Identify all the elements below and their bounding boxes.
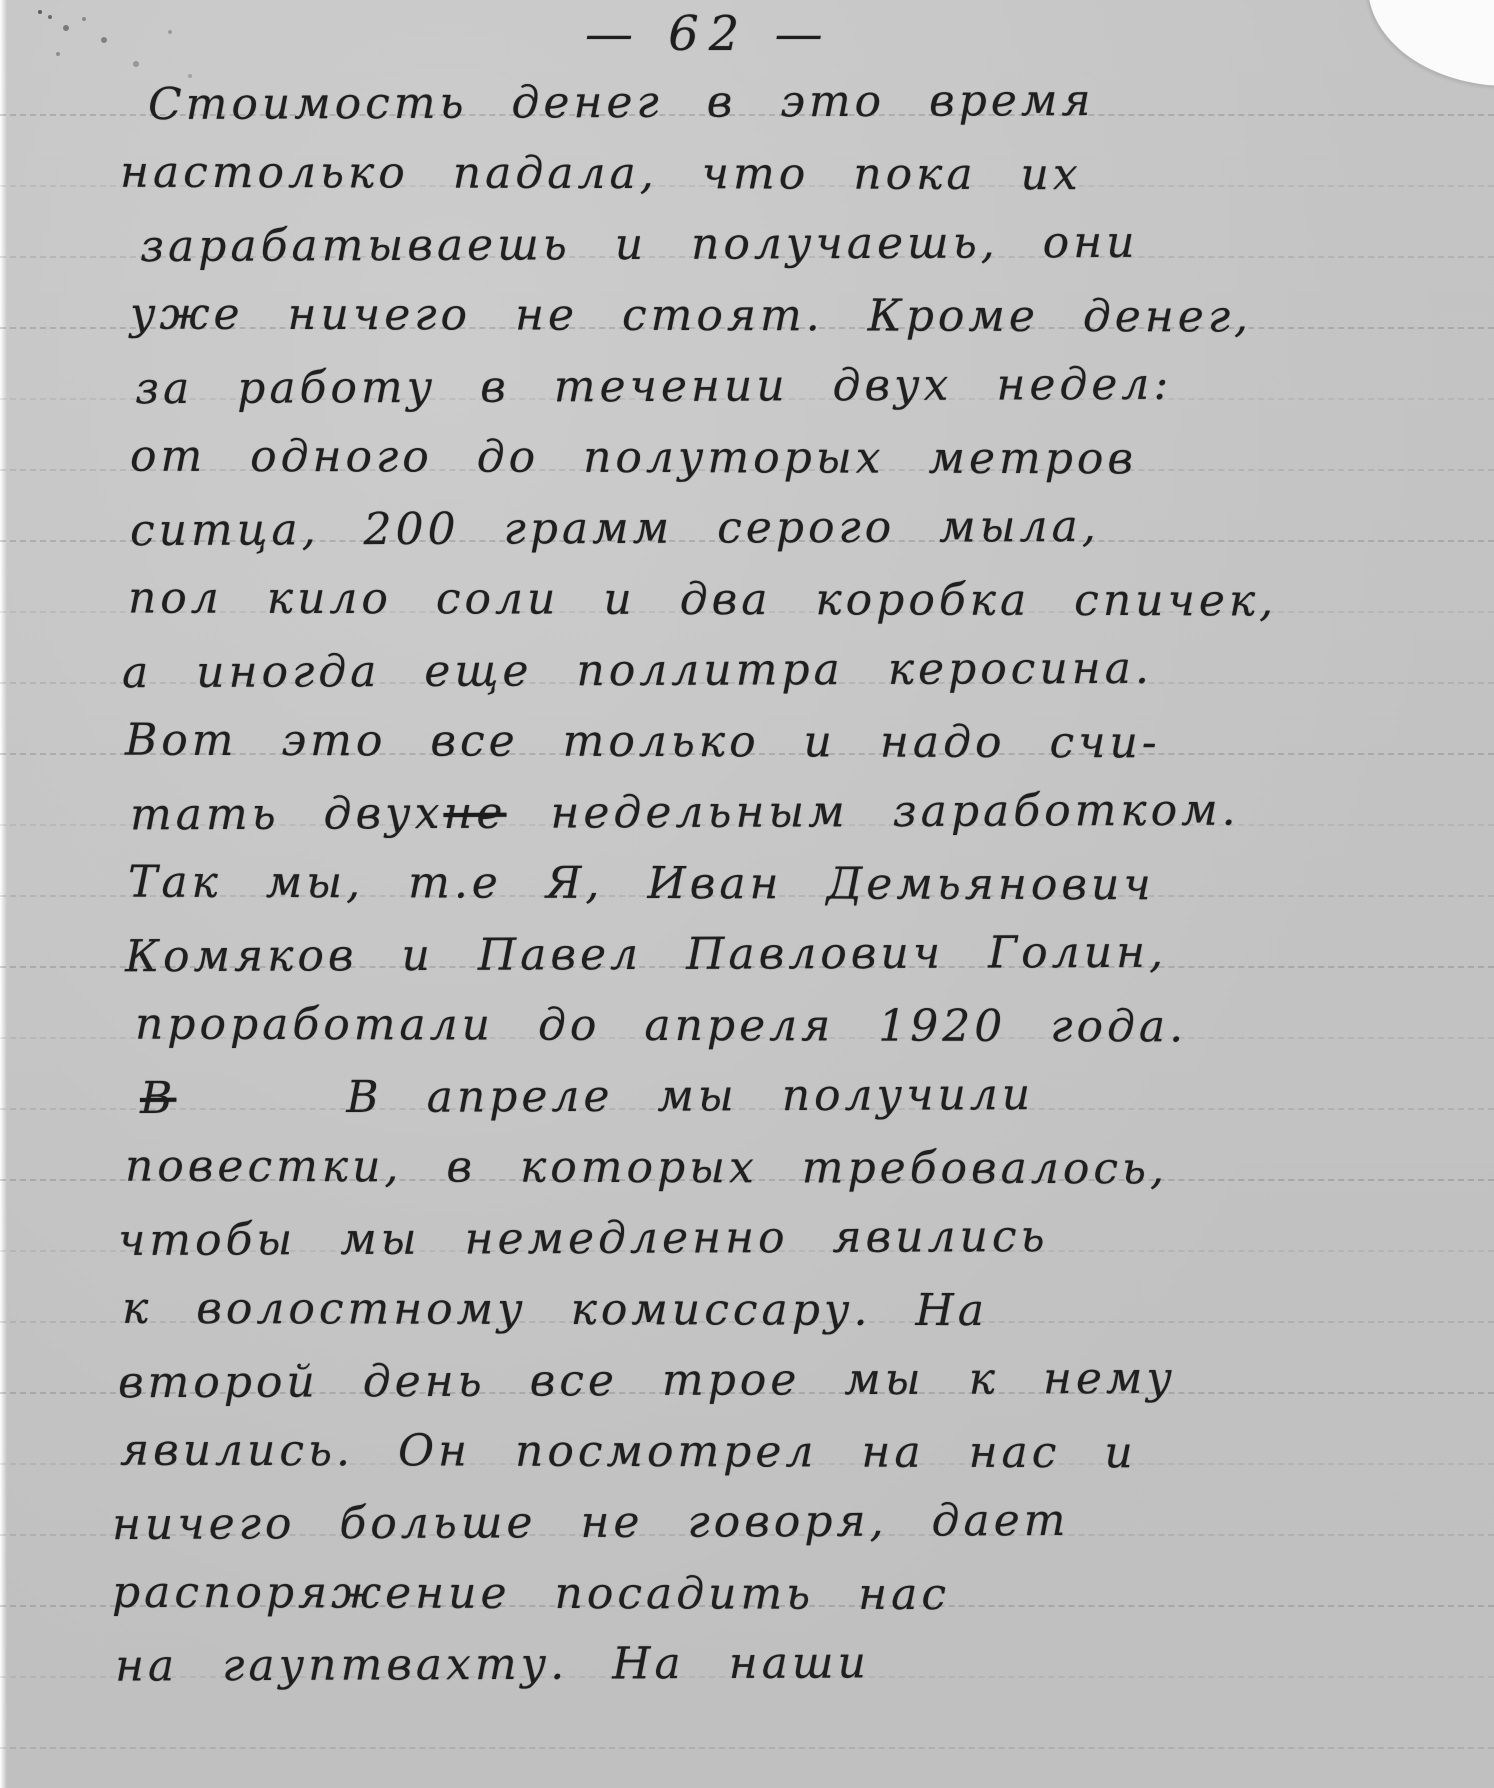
handwriting-text: от одного до полуторых метров <box>130 431 1137 485</box>
handwriting-text: на гауптвахту. На наши <box>115 1637 870 1691</box>
manuscript-line: зарабатываешь и получаешь, они <box>140 218 1139 272</box>
manuscript-line: на гауптвахту. На наши <box>115 1638 870 1691</box>
paper-specks <box>38 10 42 14</box>
handwriting-text: зарабатываешь и получаешь, они <box>140 217 1139 272</box>
handwriting-text: Комяков и Павел Павлович Голин, <box>125 927 1167 983</box>
manuscript-line: второй день все трое мы к нему <box>118 1354 1176 1409</box>
handwriting-text: за работу в течении двух недел: <box>135 359 1172 415</box>
handwriting-text: Вот это все только и надо счи- <box>125 715 1161 769</box>
manuscript-line: Комяков и Павел Павлович Голин, <box>125 928 1167 983</box>
handwriting-text: Так мы, т.е Я, Иван Демьянович <box>128 857 1155 911</box>
manuscript-line: ничего больше не говоря, дает <box>112 1496 1070 1550</box>
strikethrough-text: В <box>140 1073 177 1124</box>
manuscript-line: Стоимость денег в это время <box>148 76 1095 130</box>
handwriting-text: В апреле мы получили <box>346 1069 1034 1123</box>
handwriting-text: явились. Он посмотрел на нас и <box>120 1425 1137 1479</box>
manuscript-line: явились. Он посмотрел на нас и <box>120 1426 1137 1479</box>
manuscript-line: ВВ апреле мы получили <box>140 1070 1034 1124</box>
manuscript-page: — 62 — Стоимость денег в это времянастол… <box>0 0 1494 1788</box>
ruled-line <box>0 1747 1494 1749</box>
handwriting-text: уже ничего не стоят. Кроме денег, <box>130 289 1252 343</box>
manuscript-line: Вот это все только и надо счи- <box>125 716 1161 769</box>
handwriting-text: а иногда еще поллитра керосина. <box>122 643 1153 698</box>
manuscript-line: чтобы мы немедленно явились <box>118 1212 1049 1266</box>
scan-edge <box>0 0 7 1788</box>
handwriting-text: настолько падала, что пока их <box>120 147 1082 201</box>
handwriting-text: ничего больше не говоря, дает <box>112 1495 1070 1550</box>
handwriting-text: недельным заработком. <box>506 785 1239 839</box>
manuscript-line: проработали до апреля 1920 года. <box>135 1000 1187 1053</box>
manuscript-line: от одного до полуторых метров <box>130 432 1137 485</box>
handwriting-text: к волостному комиссару. На <box>122 1283 988 1336</box>
manuscript-line: повестки, в которых требовалось, <box>125 1142 1168 1195</box>
manuscript-line: Так мы, т.е Я, Иван Демьянович <box>128 858 1155 911</box>
manuscript-line: к волостному комиссару. На <box>122 1284 988 1336</box>
handwriting-text: тать двух <box>130 788 444 840</box>
manuscript-line: ситца, 200 грамм серого мыла, <box>130 502 1100 556</box>
manuscript-line: за работу в течении двух недел: <box>135 360 1172 415</box>
manuscript-line: настолько падала, что пока их <box>120 148 1082 201</box>
handwriting-text: ситца, 200 грамм серого мыла, <box>130 501 1100 556</box>
handwriting-text: распоряжение посадить нас <box>112 1567 950 1620</box>
handwriting-text: повестки, в которых требовалось, <box>125 1141 1168 1195</box>
manuscript-line: распоряжение посадить нас <box>112 1568 950 1620</box>
manuscript-line: уже ничего не стоят. Кроме денег, <box>130 290 1252 343</box>
manuscript-line: тать двухне недельным заработком. <box>130 786 1240 841</box>
manuscript-line: пол кило соли и два коробка спичек, <box>128 573 1277 626</box>
handwriting-text: Стоимость денег в это время <box>148 75 1095 130</box>
strikethrough-text: не <box>443 788 506 839</box>
torn-corner <box>1368 0 1494 86</box>
handwriting-text: пол кило соли и два коробка спичек, <box>128 572 1277 626</box>
manuscript-line: а иногда еще поллитра керосина. <box>122 644 1153 698</box>
handwriting-text: проработали до апреля 1920 года. <box>135 999 1187 1053</box>
page-number: — 62 — <box>585 6 833 62</box>
handwriting-text: чтобы мы немедленно явились <box>118 1211 1049 1266</box>
handwriting-text: второй день все трое мы к нему <box>118 1353 1176 1409</box>
